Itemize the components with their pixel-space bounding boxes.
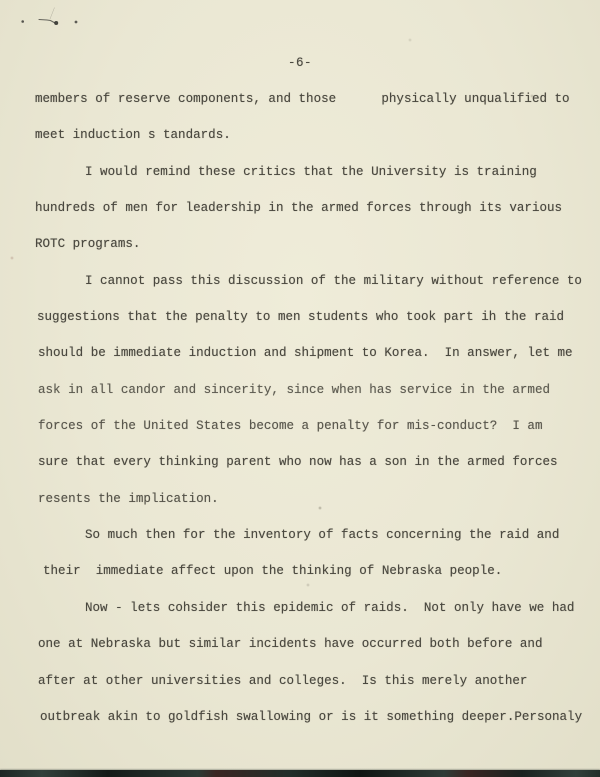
- text-line: resents the implication.: [38, 481, 590, 517]
- text-line: their immediate affect upon the thinking…: [43, 553, 590, 589]
- scan-bottom-edge: [0, 770, 600, 777]
- text-line: members of reserve components, and those…: [35, 81, 590, 117]
- document-text: members of reserve components, and those…: [35, 81, 590, 735]
- text-line: ROTC programs.: [35, 226, 590, 262]
- text-line: hundreds of men for leadership in the ar…: [35, 190, 590, 226]
- text-line: meet induction s tandards.: [35, 117, 590, 153]
- text-line: sure that every thinking parent who now …: [38, 444, 590, 480]
- text-line: outbreak akin to goldfish swallowing or …: [40, 699, 590, 735]
- text-line: suggestions that the penalty to men stud…: [37, 299, 590, 335]
- text-line: I would remind these critics that the Un…: [35, 154, 590, 190]
- text-line: should be immediate induction and shipme…: [38, 335, 590, 371]
- text-line: So much then for the inventory of facts …: [35, 517, 590, 553]
- text-line: after at other universities and colleges…: [38, 663, 590, 699]
- text-line: I cannot pass this discussion of the mil…: [35, 263, 590, 299]
- text-line: forces of the United States become a pen…: [38, 408, 590, 444]
- page-number: -6-: [0, 55, 600, 71]
- text-line: one at Nebraska but similar incidents ha…: [38, 626, 590, 662]
- text-line: Now - lets cohsider this epidemic of rai…: [35, 590, 590, 626]
- pen-marks-icon: [0, 0, 100, 32]
- text-line: ask in all candor and sincerity, since w…: [38, 372, 590, 408]
- typewritten-page: -6- members of reserve components, and t…: [0, 0, 600, 777]
